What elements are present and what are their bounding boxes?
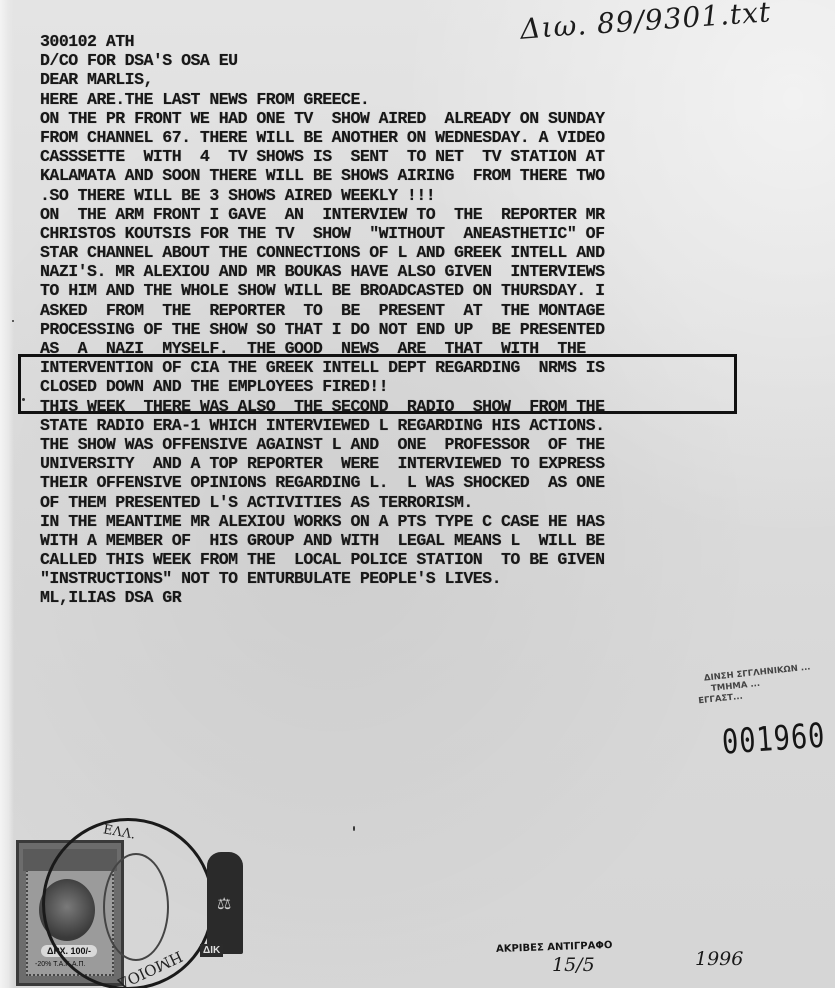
serial-number-stamp: 001960	[721, 717, 827, 763]
seal-inner-ring	[103, 853, 169, 961]
telex-message-body: 300102 ATHD/CO FOR DSA'S OSA EUDEAR MARL…	[40, 32, 604, 608]
telex-line: IN THE MEANTIME MR ALEXIOU WORKS ON A PT…	[40, 512, 604, 531]
telex-line: UNIVERSITY AND A TOP REPORTER WERE INTER…	[40, 454, 604, 473]
telex-line: THEIR OFFENSIVE OPINIONS REGARDING L. L …	[40, 473, 604, 492]
telex-line: ON THE PR FRONT WE HAD ONE TV SHOW AIRED…	[40, 109, 604, 128]
scan-speck	[22, 398, 25, 401]
telex-line: HERE ARE.THE LAST NEWS FROM GREECE.	[40, 90, 604, 109]
certified-copy-stamp: ΑΚΡΙΒΕΣ ΑΝΤΙΓΡΑΦΟ	[496, 940, 613, 955]
telex-line: CALLED THIS WEEK FROM THE LOCAL POLICE S…	[40, 550, 604, 569]
revenue-stamp-label: ΔΙΚ	[200, 944, 223, 957]
telex-line: D/CO FOR DSA'S OSA EU	[40, 51, 604, 70]
highlighted-passage-box	[18, 354, 737, 414]
telex-line: 300102 ATH	[40, 32, 604, 51]
telex-line: ASKED FROM THE REPORTER TO BE PRESENT AT…	[40, 301, 604, 320]
telex-line: KALAMATA AND SOON THERE WILL BE SHOWS AI…	[40, 166, 604, 185]
telex-line: FROM CHANNEL 67. THERE WILL BE ANOTHER O…	[40, 128, 604, 147]
telex-line: ON THE ARM FRONT I GAVE AN INTERVIEW TO …	[40, 205, 604, 224]
telex-line: DEAR MARLIS,	[40, 70, 604, 89]
handwritten-certification-date: 15/5	[552, 954, 595, 976]
telex-line: THE SHOW WAS OFFENSIVE AGAINST L AND ONE…	[40, 435, 604, 454]
scan-speck	[353, 826, 355, 831]
scales-of-justice-icon: ⚖	[217, 894, 231, 913]
round-official-seal: ΕΛΛ. ΗΜΟΙΟΔ	[42, 818, 214, 988]
scanned-document-page: Διω. 89/9301.txt 300102 ATHD/CO FOR DSA'…	[0, 0, 835, 988]
telex-line: PROCESSING OF THE SHOW SO THAT I DO NOT …	[40, 320, 604, 339]
telex-line: TO HIM AND THE WHOLE SHOW WILL BE BROADC…	[40, 281, 604, 300]
telex-line: STATE RADIO ERA-1 WHICH INTERVIEWED L RE…	[40, 416, 604, 435]
telex-line: STAR CHANNEL ABOUT THE CONNECTIONS OF L …	[40, 243, 604, 262]
seal-text-top: ΕΛΛ.	[102, 822, 137, 842]
telex-line: "INSTRUCTIONS" NOT TO ENTURBULATE PEOPLE…	[40, 569, 604, 588]
telex-line: CHRISTOS KOUTSIS FOR THE TV SHOW "WITHOU…	[40, 224, 604, 243]
scan-speck	[12, 320, 14, 322]
justice-revenue-stamp: ⚖	[207, 852, 243, 954]
agency-ink-stamp: ΔΙΝΣΗ ΣΓΓΛΗΝΙΚΩΝ ...ΤΜΗΜΑ ...ΕΓΓΑΣΤ...	[704, 663, 814, 707]
handwritten-certification-year: 1996	[695, 948, 743, 970]
telex-line: ML,ILIAS DSA GR	[40, 588, 604, 607]
telex-line: WITH A MEMBER OF HIS GROUP AND WITH LEGA…	[40, 531, 604, 550]
telex-line: NAZI'S. MR ALEXIOU AND MR BOUKAS HAVE AL…	[40, 262, 604, 281]
telex-line: .SO THERE WILL BE 3 SHOWS AIRED WEEKLY !…	[40, 186, 604, 205]
telex-line: CASSSETTE WITH 4 TV SHOWS IS SENT TO NET…	[40, 147, 604, 166]
telex-line: OF THEM PRESENTED L'S ACTIVITIES AS TERR…	[40, 493, 604, 512]
scan-edge-shadow	[0, 0, 14, 988]
